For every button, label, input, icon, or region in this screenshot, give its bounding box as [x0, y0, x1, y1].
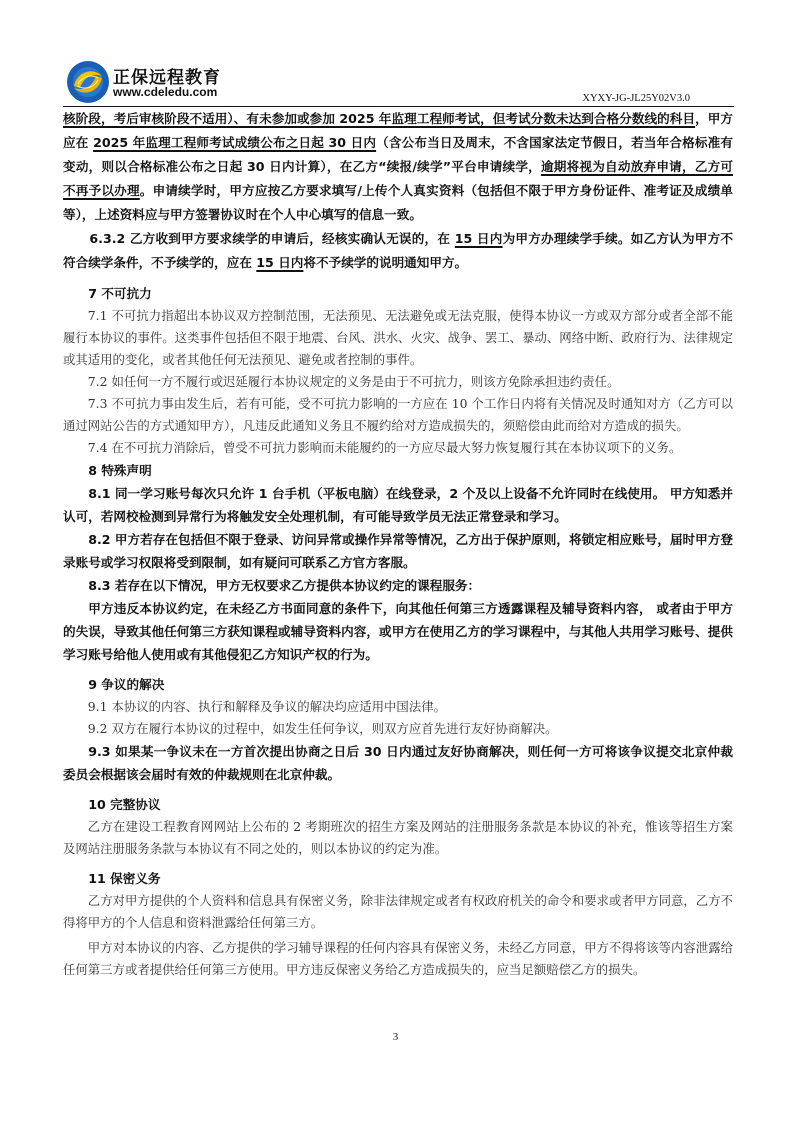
document-body: 核阶段，考后审核阶段不适用）、有未参加或参加 2025 年监理工程师考试，但考试… [63, 107, 733, 981]
document-page: 正保远程教育 www.cdeledu.com XYXY-JG-JL25Y02V3… [0, 0, 791, 1125]
underlined-text: 2025 年监理工程师考试成绩公布之日起 30 日内 [93, 135, 376, 150]
clause-6-3-2: 6.3.2 乙方收到甲方要求续学的申请后，经核实确认无误的，在 15 日内为甲方… [63, 227, 733, 275]
clause-8-3: 8.3 若存在以下情况，甲方无权要求乙方提供本协议约定的课程服务： [63, 574, 733, 597]
clause-7-3: 7.3 不可抗力事由发生后，若有可能，受不可抗力影响的一方应在 10 个工作日内… [63, 393, 733, 437]
page-number: 3 [0, 1031, 791, 1043]
clause-10-1: 乙方在建设工程教育网网站上公布的 2 考期班次的招生方案及网站的注册服务条款是本… [63, 816, 733, 860]
section-9-title: 9 争议的解决 [63, 673, 733, 696]
spacer [63, 860, 733, 867]
clause-8-2: 8.2 甲方若存在包括但不限于登录、访问异常或操作异常等情况，乙方出于保护原则，… [63, 528, 733, 574]
clause-9-3: 9.3 如果某一争议未在一方首次提出协商之日后 30 日内通过友好协商解决，则任… [63, 740, 733, 786]
text: 将不予续学的说明通知甲方。 [303, 255, 467, 270]
document-code: XYXY-JG-JL25Y02V3.0 [582, 93, 690, 104]
text: 6.3.2 乙方收到甲方要求续学的申请后，经核实确认无误的，在 [89, 231, 454, 246]
section-11-title: 11 保密义务 [63, 867, 733, 890]
clause-9-1: 9.1 本协议的内容、执行和解释及争议的解决均应适用中国法律。 [63, 696, 733, 718]
underlined-text: 15 日内 [256, 255, 303, 270]
clause-11-2: 甲方对本协议的内容、乙方提供的学习辅导课程的任何内容具有保密义务，未经乙方同意，… [63, 937, 733, 981]
clause-8-1: 8.1 同一学习账号每次只允许 1 台手机（平板电脑）在线登录，2 个及以上设备… [63, 482, 733, 528]
brand-logo-icon [66, 60, 110, 104]
spacer [63, 666, 733, 673]
spacer [63, 275, 733, 282]
section-7-title: 7 不可抗力 [63, 282, 733, 305]
clause-7-4: 7.4 在不可抗力消除后，曾受不可抗力影响而未能履约的一方应尽最大努力恢复履行其… [63, 437, 733, 459]
paragraph-continued: 核阶段，考后审核阶段不适用）、有未参加或参加 2025 年监理工程师考试，但考试… [63, 107, 733, 227]
spacer [63, 786, 733, 793]
text: 。申请续学时，甲方应按乙方要求填写/上传个人真实资料（包括但不限于甲方身份证件、… [63, 183, 733, 222]
brand-url: www.cdeledu.com [113, 85, 217, 99]
clause-7-2: 7.2 如任何一方不履行或迟延履行本协议规定的义务是由于不可抗力，则该方免除承担… [63, 371, 733, 393]
clause-8-3-detail: 甲方违反本协议约定，在未经乙方书面同意的条件下，向其他任何第三方透露课程及辅导资… [63, 597, 733, 666]
clause-9-2: 9.2 双方在履行本协议的过程中，如发生任何争议，则双方应首先进行友好协商解决。 [63, 718, 733, 740]
clause-7-1: 7.1 不可抗力指超出本协议双方控制范围，无法预见、无法避免或无法克服，使得本协… [63, 305, 733, 371]
underlined-text: 15 日内 [455, 231, 503, 246]
section-10-title: 10 完整协议 [63, 793, 733, 816]
underlined-text: 核阶段，考后审核阶段不适用）、有未参加或参加 2025 年监理工程师考试，但考试… [63, 111, 695, 126]
clause-11-1: 乙方对甲方提供的个人资料和信息具有保密义务，除非法律规定或者有权政府机关的命令和… [63, 890, 733, 934]
section-8-title: 8 特殊声明 [63, 459, 733, 482]
